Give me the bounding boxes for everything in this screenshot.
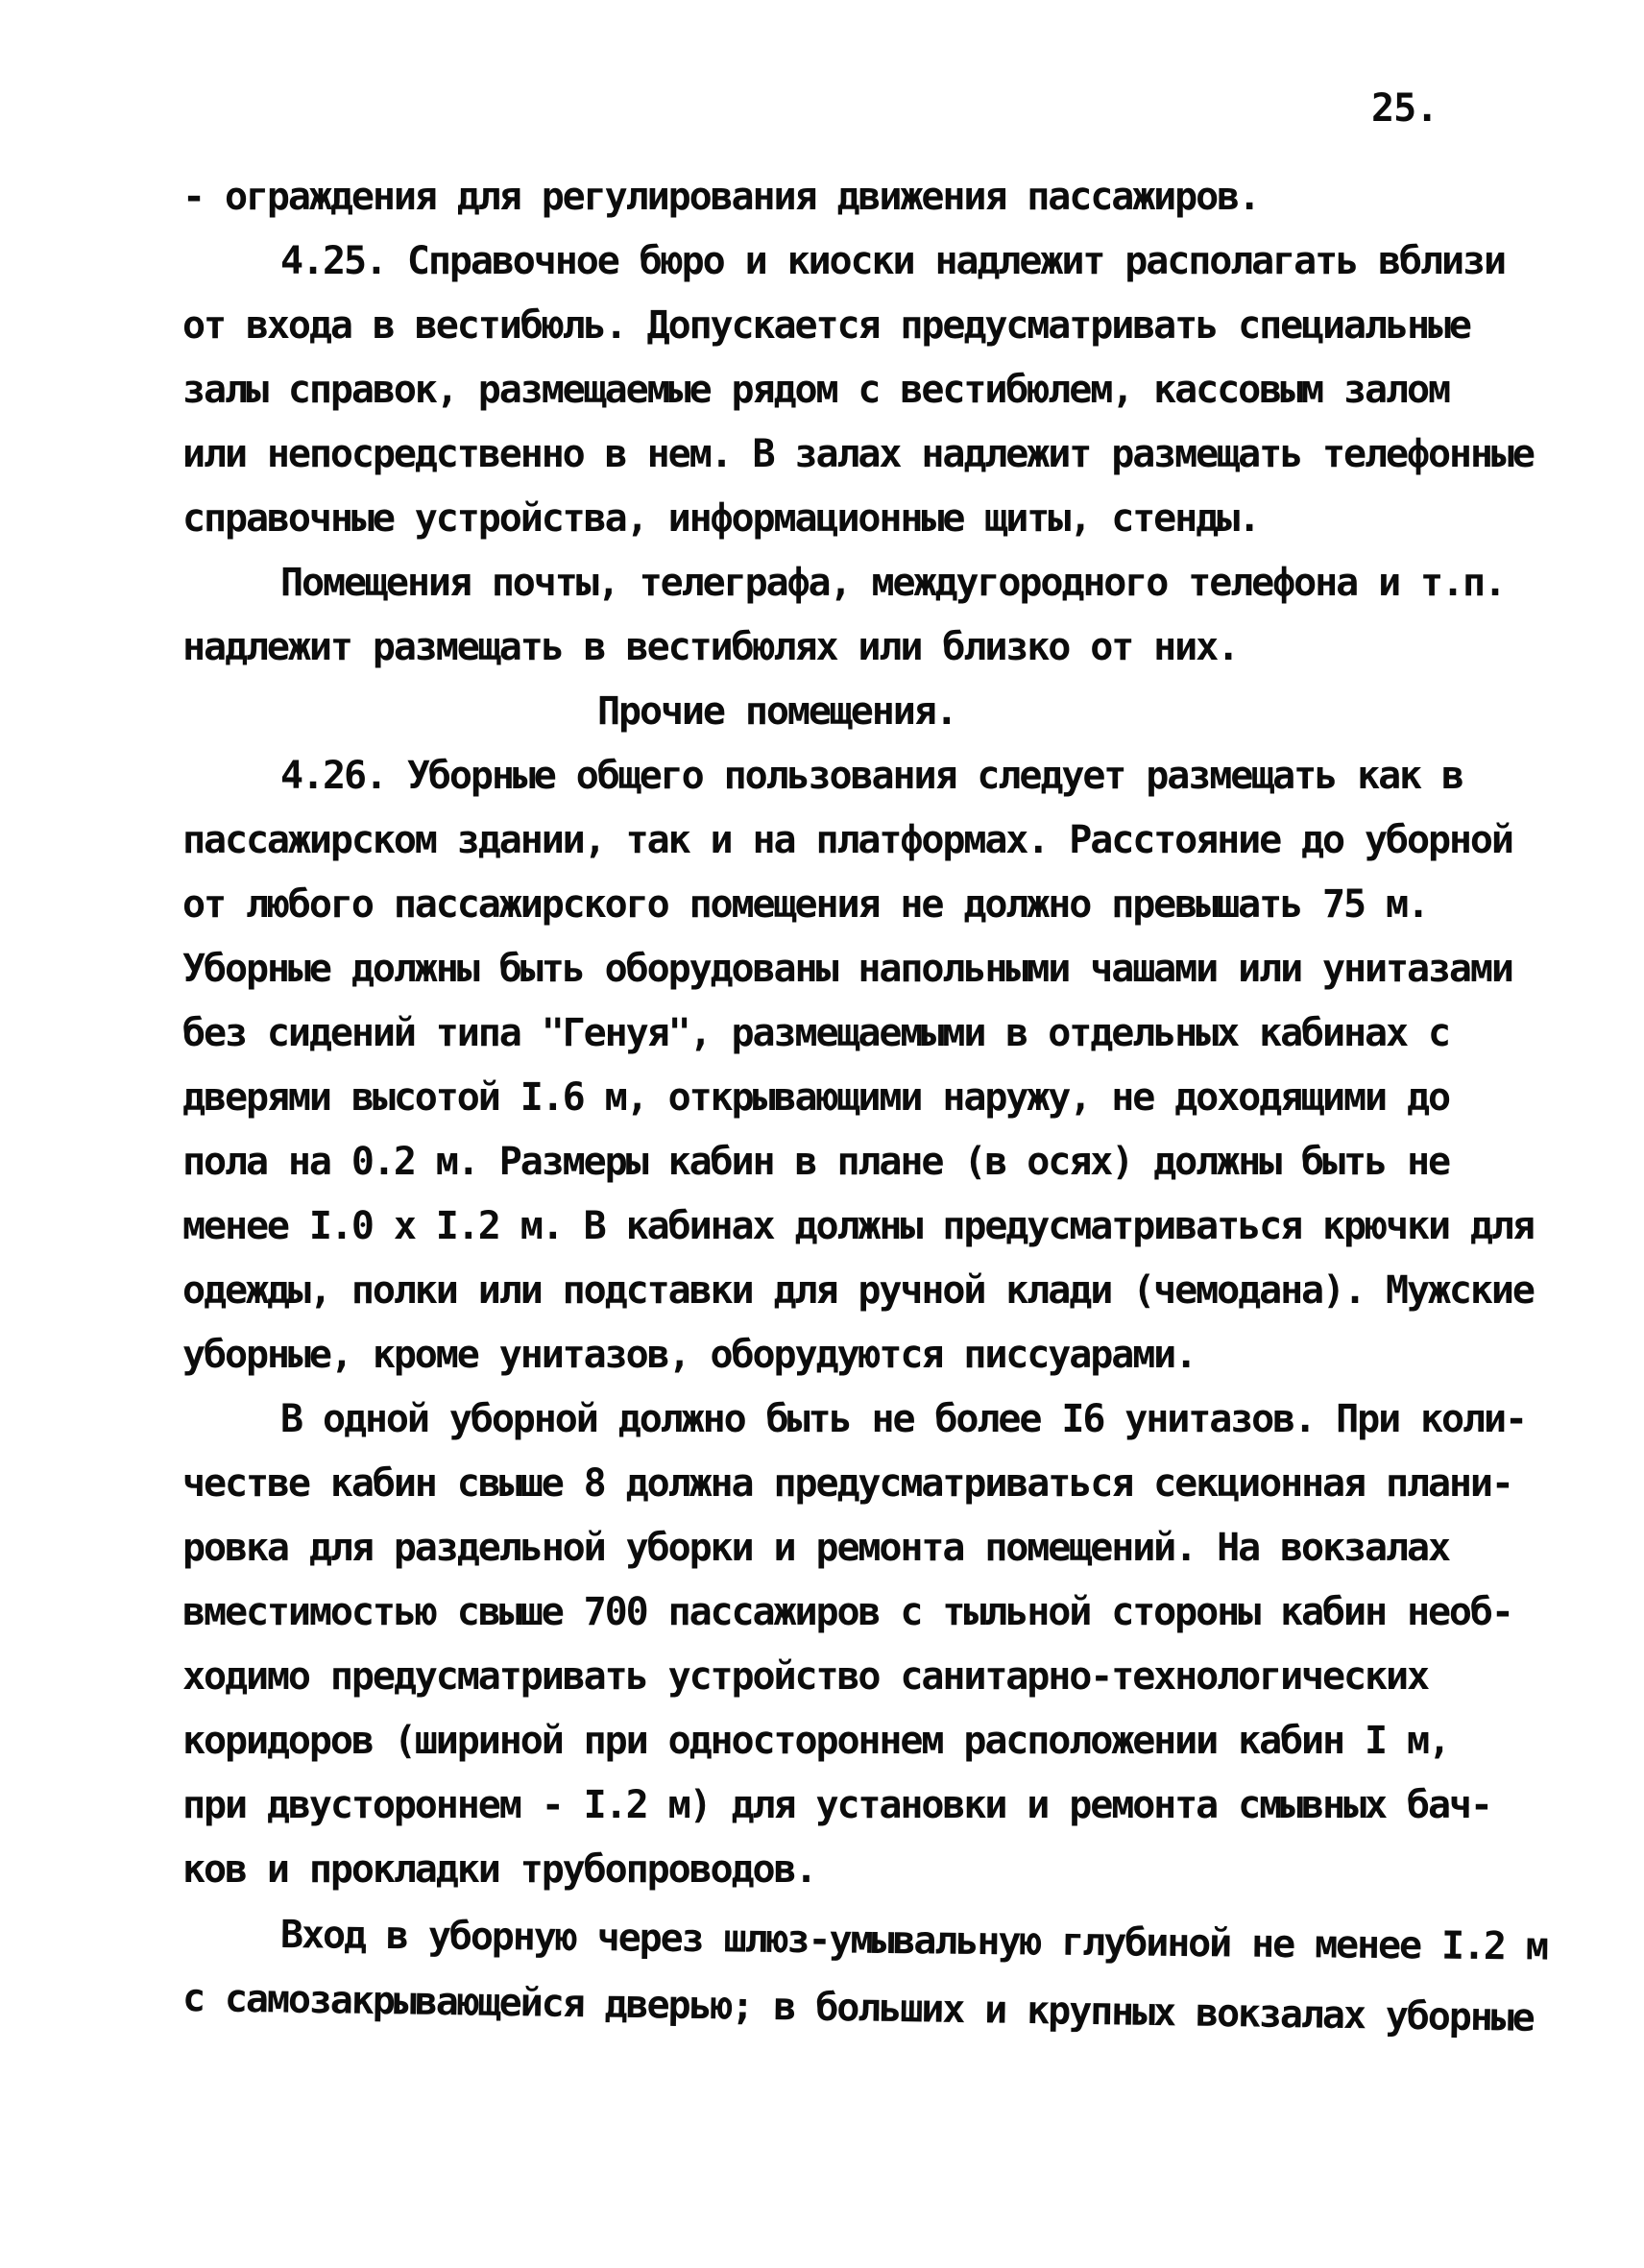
text-line: 4.26. Уборные общего пользования следует…: [182, 744, 1594, 808]
text-line: дверями высотой I.6 м, открывающими нару…: [182, 1066, 1594, 1130]
text-line: залы справок, размещаемые рядом с вестиб…: [182, 358, 1594, 422]
text-line: без сидений типа "Генуя", размещаемыми в…: [182, 1001, 1594, 1066]
text-line: честве кабин свыше 8 должна предусматрив…: [182, 1452, 1594, 1516]
page-number: 25.: [1371, 84, 1438, 133]
text-line: ходимо предусматривать устройство санита…: [182, 1645, 1594, 1709]
section-heading-line: Прочие помещения.: [182, 680, 1594, 744]
text-line: с самозакрывающейся дверью; в больших и …: [182, 1966, 1595, 2052]
text-line: при двустороннем - I.2 м) для установки …: [182, 1773, 1594, 1838]
text-line: пассажирском здании, так и на платформах…: [182, 808, 1594, 873]
document-page: 25. - ограждения для регулирования движе…: [0, 0, 1644, 2268]
text-line: коридоров (шириной при одностороннем рас…: [182, 1709, 1594, 1773]
text-line: от любого пассажирского помещения не дол…: [182, 873, 1594, 937]
text-line: Вход в уборную через шлюз-умывальную глу…: [182, 1902, 1595, 1980]
text-line: уборные, кроме унитазов, оборудуются пис…: [182, 1323, 1594, 1387]
text-line: вместимостью свыше 700 пассажиров с тыль…: [182, 1580, 1594, 1645]
text-line: - ограждения для регулирования движения …: [182, 165, 1594, 229]
text-block: - ограждения для регулирования движения …: [182, 165, 1594, 2031]
text-line: 4.25. Справочное бюро и киоски надлежит …: [182, 229, 1594, 294]
text-line: ровка для раздельной уборки и ремонта по…: [182, 1516, 1594, 1580]
text-line: надлежит размещать в вестибюлях или близ…: [182, 615, 1594, 680]
text-line: Помещения почты, телеграфа, междугородно…: [182, 551, 1594, 615]
text-line: менее I.0 х I.2 м. В кабинах должны пред…: [182, 1194, 1594, 1259]
text-line: справочные устройства, информационные щи…: [182, 487, 1594, 551]
text-line: или непосредственно в нем. В залах надле…: [182, 422, 1594, 487]
text-line: ков и прокладки трубопроводов.: [182, 1838, 1594, 1902]
text-line: пола на 0.2 м. Размеры кабин в плане (в …: [182, 1130, 1594, 1194]
text-line: от входа в вестибюль. Допускается предус…: [182, 294, 1594, 358]
text-line: Уборные должны быть оборудованы напольны…: [182, 937, 1594, 1001]
text-line: В одной уборной должно быть не более I6 …: [182, 1387, 1594, 1452]
text-line: одежды, полки или подставки для ручной к…: [182, 1259, 1594, 1323]
